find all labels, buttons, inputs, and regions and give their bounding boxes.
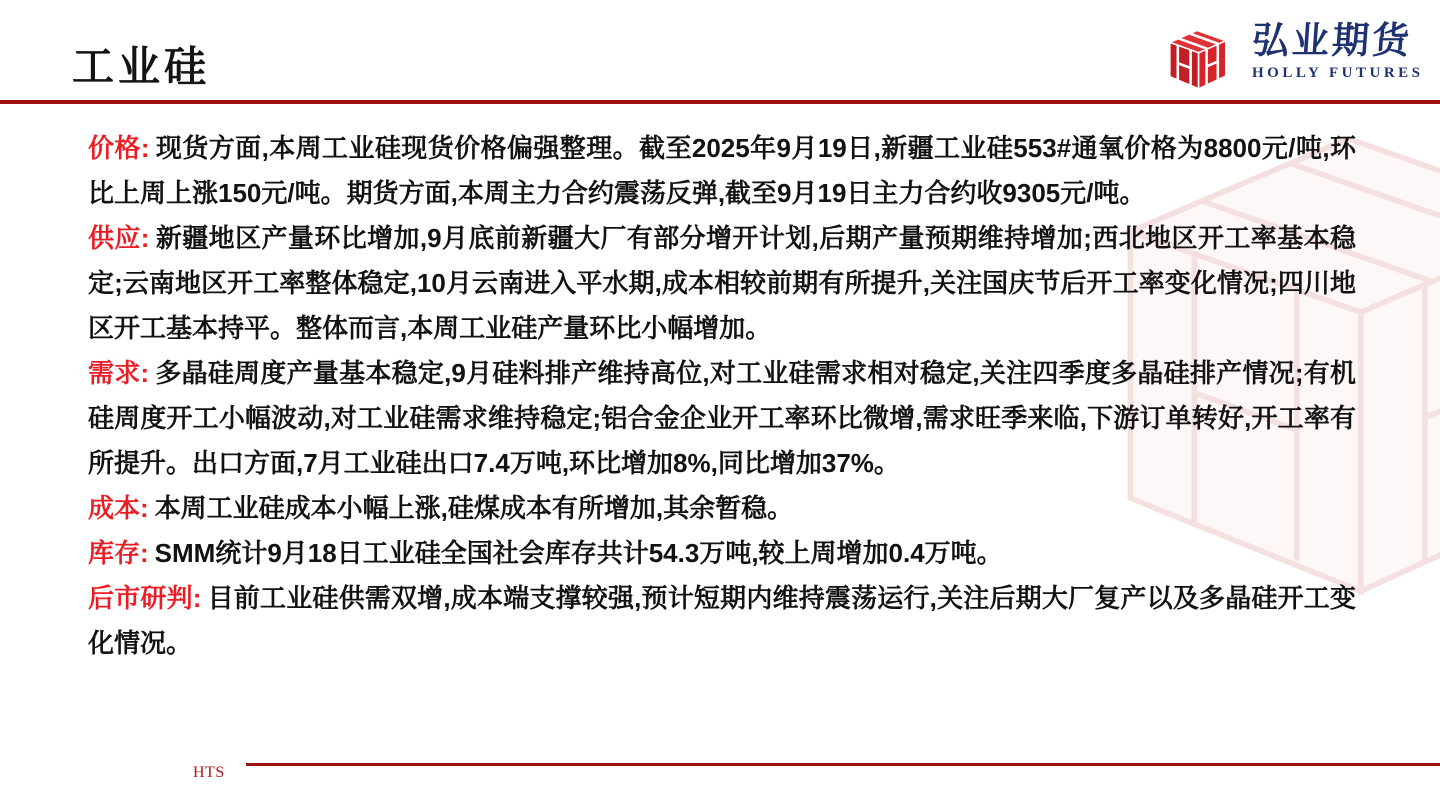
page-title: 工业硅 bbox=[72, 34, 210, 94]
paragraph-supply-label: 供应: bbox=[88, 223, 149, 253]
header-divider bbox=[0, 100, 1440, 104]
paragraph-price-label: 价格: bbox=[88, 133, 150, 163]
logo-company-name-en: HOLLY FUTURES bbox=[1252, 65, 1424, 82]
paragraph-cost-text: 本周工业硅成本小幅上涨,硅煤成本有所增加,其余暂稳。 bbox=[155, 493, 793, 523]
paragraph-outlook-text: 目前工业硅供需双增,成本端支撑较强,预计短期内维持震荡运行,关注后期大厂复产以及… bbox=[88, 583, 1356, 658]
paragraph-inventory: 库存:SMM统计9月18日工业硅全国社会库存共计54.3万吨,较上周增加0.4万… bbox=[88, 531, 1356, 576]
paragraph-supply-text: 新疆地区产量环比增加,9月底前新疆大厂有部分增开计划,后期产量预期维持增加;西北… bbox=[88, 223, 1356, 343]
paragraph-cost-label: 成本: bbox=[88, 493, 149, 523]
paragraph-demand-text: 多晶硅周度产量基本稳定,9月硅料排产维持高位,对工业硅需求相对稳定,关注四季度多… bbox=[88, 358, 1356, 478]
footer-brand: HTS bbox=[193, 764, 225, 782]
paragraph-demand-label: 需求: bbox=[88, 358, 149, 388]
company-logo: 弘业期货 HOLLY FUTURES bbox=[1150, 20, 1424, 100]
paragraph-cost: 成本:本周工业硅成本小幅上涨,硅煤成本有所增加,其余暂稳。 bbox=[88, 486, 1356, 531]
paragraph-price-text: 现货方面,本周工业硅现货价格偏强整理。截至2025年9月19日,新疆工业硅553… bbox=[88, 133, 1356, 208]
footer-divider bbox=[246, 763, 1440, 766]
paragraph-outlook-label: 后市研判: bbox=[88, 583, 201, 613]
logo-text: 弘业期货 HOLLY FUTURES bbox=[1252, 20, 1424, 82]
paragraph-supply: 供应:新疆地区产量环比增加,9月底前新疆大厂有部分增开计划,后期产量预期维持增加… bbox=[88, 216, 1356, 351]
paragraph-price: 价格:现货方面,本周工业硅现货价格偏强整理。截至2025年9月19日,新疆工业硅… bbox=[88, 126, 1356, 216]
paragraph-outlook: 后市研判:目前工业硅供需双增,成本端支撑较强,预计短期内维持震荡运行,关注后期大… bbox=[88, 576, 1356, 666]
paragraph-inventory-label: 库存: bbox=[88, 538, 149, 568]
logo-company-name-cn: 弘业期货 bbox=[1250, 20, 1425, 64]
paragraph-demand: 需求:多晶硅周度产量基本稳定,9月硅料排产维持高位,对工业硅需求相对稳定,关注四… bbox=[88, 351, 1356, 486]
paragraph-inventory-text: SMM统计9月18日工业硅全国社会库存共计54.3万吨,较上周增加0.4万吨。 bbox=[155, 538, 1003, 568]
report-body: 价格:现货方面,本周工业硅现货价格偏强整理。截至2025年9月19日,新疆工业硅… bbox=[88, 126, 1356, 666]
logo-cube-icon bbox=[1150, 20, 1244, 100]
